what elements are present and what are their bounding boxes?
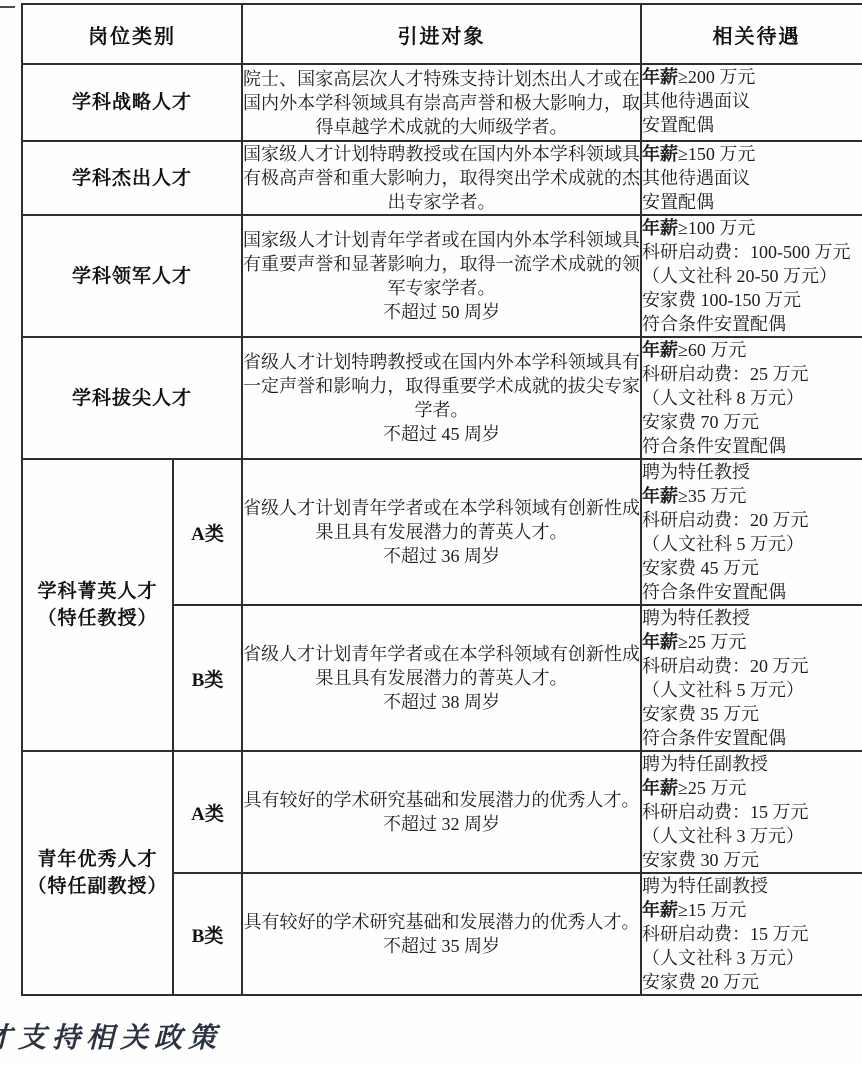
benefit-line: 符合条件安置配偶 [642,726,862,750]
benefit-line: 符合条件安置配偶 [642,312,862,336]
category-cell: 学科拔尖人才 [22,337,242,459]
age-limit: 不超过 38 周岁 [243,690,640,714]
benefit-line: 安家费 45 万元 [642,556,862,580]
table-row: 学科菁英人才（特任教授）A类省级人才计划青年学者或在本学科领域有创新性成果且具有… [22,459,862,605]
benefit-line: 符合条件安置配偶 [642,434,862,458]
benefit-line: 安置配偶 [642,190,862,214]
benefit-line: 年薪≥25 万元 [642,776,862,800]
target-cell: 省级人才计划青年学者或在本学科领域有创新性成果且具有发展潜力的菁英人才。不超过 … [242,459,641,605]
category-cell: 学科杰出人才 [22,141,242,215]
benefit-line: 安家费 20 万元 [642,970,862,994]
header-target: 引进对象 [242,4,641,64]
category-cell: 学科战略人才 [22,64,242,141]
benefit-line: 安家费 100-150 万元 [642,288,862,312]
benefits-cell: 聘为特任副教授年薪≥25 万元科研启动费：15 万元（人文社科 3 万元）安家费… [641,751,862,873]
target-cell: 省级人才计划青年学者或在本学科领域有创新性成果且具有发展潜力的菁英人才。不超过 … [242,605,641,751]
benefits-cell: 年薪≥60 万元科研启动费：25 万元（人文社科 8 万元）安家费 70 万元符… [641,337,862,459]
benefit-line: 科研启动费：15 万元 [642,800,862,824]
target-cell: 具有较好的学术研究基础和发展潜力的优秀人才。不超过 35 周岁 [242,873,641,995]
benefit-line: 年薪≥60 万元 [642,338,862,362]
subcategory-cell: B类 [173,873,242,995]
benefit-line: 科研启动费：20 万元 [642,508,862,532]
subcategory-cell: A类 [173,751,242,873]
benefits-cell: 聘为特任副教授年薪≥15 万元科研启动费：15 万元（人文社科 3 万元）安家费… [641,873,862,995]
benefit-line: 聘为特任副教授 [642,874,862,898]
table-row: 学科领军人才国家级人才计划青年学者或在国内外本学科领域具有重要声誉和显著影响力，… [22,215,862,337]
benefit-line: 其他待遇面议 [642,89,862,113]
table-row: 学科拔尖人才省级人才计划特聘教授或在国内外本学科领域具有一定声誉和影响力，取得重… [22,337,862,459]
benefit-line: 聘为特任副教授 [642,752,862,776]
target-cell: 省级人才计划特聘教授或在国内外本学科领域具有一定声誉和影响力，取得重要学术成就的… [242,337,641,459]
subcategory-cell: B类 [173,605,242,751]
benefit-line: （人文社科 20-50 万元） [642,264,862,288]
target-cell: 国家级人才计划青年学者或在国内外本学科领域具有重要声誉和显著影响力，取得一流学术… [242,215,641,337]
benefit-line: 安家费 70 万元 [642,410,862,434]
benefit-line: 安家费 35 万元 [642,702,862,726]
benefit-line: （人文社科 8 万元） [642,386,862,410]
benefit-line: 科研启动费：25 万元 [642,362,862,386]
category-cell: 学科领军人才 [22,215,242,337]
benefit-line: 聘为特任教授 [642,606,862,630]
benefit-line: （人文社科 3 万元） [642,946,862,970]
benefit-line: 年薪≥150 万元 [642,142,862,166]
benefit-line: 科研启动费：15 万元 [642,922,862,946]
benefit-line: （人文社科 5 万元） [642,532,862,556]
age-limit: 不超过 35 周岁 [243,934,640,958]
scan-artifact-line [0,6,15,8]
table-header-row: 岗位类别 引进对象 相关待遇 [22,4,862,64]
benefit-line: 符合条件安置配偶 [642,580,862,604]
benefits-cell: 聘为特任教授年薪≥35 万元科研启动费：20 万元（人文社科 5 万元）安家费 … [641,459,862,605]
age-limit: 不超过 32 周岁 [243,812,640,836]
benefit-line: 年薪≥200 万元 [642,65,862,89]
target-cell: 国家级人才计划特聘教授或在国内外本学科领域具有极高声誉和重大影响力，取得突出学术… [242,141,641,215]
benefit-line: 科研启动费：100-500 万元 [642,240,862,264]
benefits-cell: 聘为特任教授年薪≥25 万元科研启动费：20 万元（人文社科 5 万元）安家费 … [641,605,862,751]
benefit-line: 安家费 30 万元 [642,848,862,872]
age-limit: 不超过 50 周岁 [243,300,640,324]
benefit-line: 年薪≥25 万元 [642,630,862,654]
benefit-line: 年薪≥15 万元 [642,898,862,922]
category-cell: 青年优秀人才（特任副教授） [22,751,173,995]
benefits-cell: 年薪≥100 万元科研启动费：100-500 万元（人文社科 20-50 万元）… [641,215,862,337]
benefit-line: 科研启动费：20 万元 [642,654,862,678]
category-cell: 学科菁英人才（特任教授） [22,459,173,751]
talent-table: 岗位类别 引进对象 相关待遇 学科战略人才院士、国家高层次人才特殊支持计划杰出人… [21,3,862,996]
age-limit: 不超过 45 周岁 [243,422,640,446]
benefit-line: （人文社科 3 万元） [642,824,862,848]
benefit-line: 安置配偶 [642,113,862,137]
target-cell: 具有较好的学术研究基础和发展潜力的优秀人才。不超过 32 周岁 [242,751,641,873]
table-row: 学科杰出人才国家级人才计划特聘教授或在国内外本学科领域具有极高声誉和重大影响力，… [22,141,862,215]
table-row: 学科战略人才院士、国家高层次人才特殊支持计划杰出人才或在国内外本学科领域具有崇高… [22,64,862,141]
subcategory-cell: A类 [173,459,242,605]
benefit-line: 其他待遇面议 [642,166,862,190]
talent-table-container: 岗位类别 引进对象 相关待遇 学科战略人才院士、国家高层次人才特殊支持计划杰出人… [21,3,862,996]
target-cell: 院士、国家高层次人才特殊支持计划杰出人才或在国内外本学科领域具有崇高声誉和极大影… [242,64,641,141]
age-limit: 不超过 36 周岁 [243,544,640,568]
section-heading: 才支持相关政策 [0,1016,222,1056]
benefit-line: 聘为特任教授 [642,460,862,484]
header-category: 岗位类别 [22,4,242,64]
table-row: 青年优秀人才（特任副教授）A类具有较好的学术研究基础和发展潜力的优秀人才。不超过… [22,751,862,873]
benefits-cell: 年薪≥200 万元其他待遇面议安置配偶 [641,64,862,141]
benefit-line: 年薪≥35 万元 [642,484,862,508]
benefit-line: 年薪≥100 万元 [642,216,862,240]
benefit-line: （人文社科 5 万元） [642,678,862,702]
header-benefits: 相关待遇 [641,4,862,64]
benefits-cell: 年薪≥150 万元其他待遇面议安置配偶 [641,141,862,215]
